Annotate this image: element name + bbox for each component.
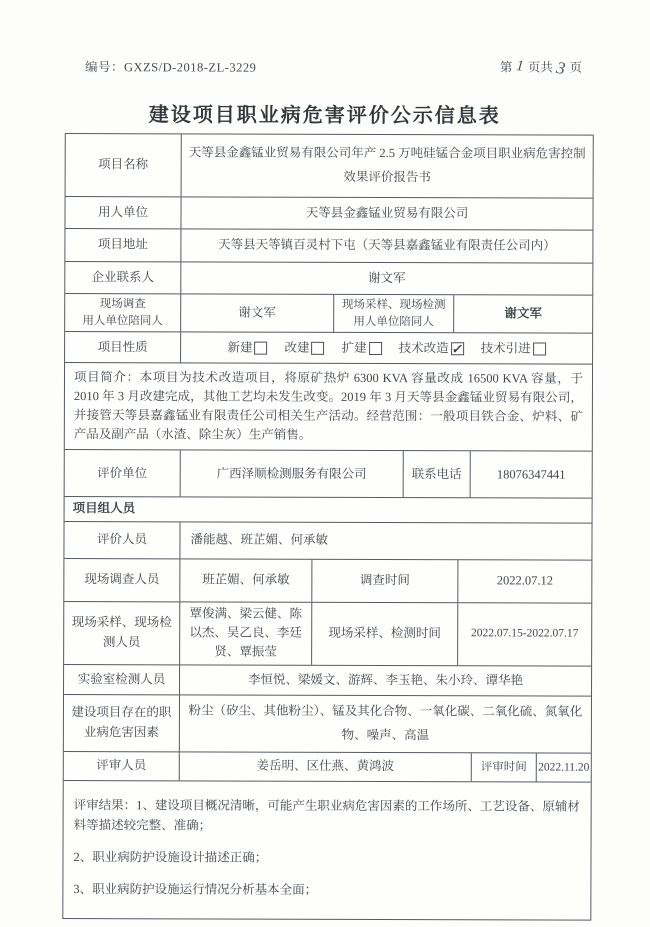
option-label: 改建 xyxy=(285,338,310,357)
table-row-address: 项目地址 天等县天等镇百灵村下屯（天等县嘉鑫锰业有限责任公司内） xyxy=(65,228,592,263)
checkbox-icon xyxy=(255,341,268,354)
info-table: 项目名称 天等县金鑫锰业贸易有限公司年产 2.5 万吨硅锰合金项目职业病危害控制… xyxy=(62,133,593,921)
review-time-label: 评审时间 xyxy=(471,753,536,781)
table-row-escort: 现场调查 用人单位陪同人 谢文军 现场采样、现场检测 用人单位陪同人 谢文军 xyxy=(65,293,592,333)
reviewers-label: 评审人员 xyxy=(64,752,179,780)
phone-label: 联系电话 xyxy=(403,451,470,497)
lab-staff-value: 李恒悦、梁媛文、游辉、李玉艳、朱小玲、谭华艳 xyxy=(179,665,591,695)
project-name-value: 天等县金鑫锰业贸易有限公司年产 2.5 万吨硅锰合金项目职业病危害控制效果评价报… xyxy=(181,134,593,197)
handwritten-total-pages: 3 xyxy=(555,58,567,79)
table-row-employer: 用人单位 天等县金鑫锰业贸易有限公司 xyxy=(65,196,592,230)
table-row-reviewers: 评审人员 姜岳明、区仕燕、黄鸿波 评审时间 2022.11.20 xyxy=(64,751,591,782)
lab-staff-label: 实验室检测人员 xyxy=(64,665,179,694)
project-name-label: 项目名称 xyxy=(66,134,181,196)
survey-time-label: 调查时间 xyxy=(311,560,457,602)
contact-label: 企业联系人 xyxy=(65,262,180,293)
option-label: 技术改造 xyxy=(399,339,449,359)
page-suffix: 页 xyxy=(569,61,582,75)
table-row-evaluators: 评价人员 潘能越、班芷媚、何承敏 xyxy=(64,521,591,560)
survey-staff-label: 现场调查人员 xyxy=(64,559,179,601)
contact-value: 谢文军 xyxy=(180,262,592,294)
sampling-escort-value: 谢文军 xyxy=(453,295,592,333)
survey-staff-value: 班芷媚、何承敏 xyxy=(179,559,311,601)
reviewers-value: 姜岳明、区仕燕、黄鸿波 xyxy=(179,752,471,781)
review-result-text: 评审结果：1、建设项目概况清晰，可能产生职业病危害因素的工作场所、工艺设备、原辅… xyxy=(63,781,590,920)
sampling-staff-label: 现场采样、现场检测人员 xyxy=(64,602,179,664)
table-row-team-header: 项目组人员 xyxy=(65,496,592,522)
project-nature-options: 新建 改建 扩建 技术改造 技术引进 xyxy=(180,333,592,364)
table-row-project-intro: 项目简介：本项目为技术改造项目，将原矿热炉 6300 KVA 容量改成 1650… xyxy=(65,362,592,451)
option-tech-import: 技术引进 xyxy=(481,339,546,359)
address-label: 项目地址 xyxy=(65,229,180,261)
page-prefix: 第 xyxy=(500,60,513,74)
survey-escort-label: 现场调查 用人单位陪同人 xyxy=(65,294,180,332)
eval-org-label: 评价单位 xyxy=(65,450,180,496)
sampling-time-label: 现场采样、检测时间 xyxy=(311,603,457,666)
option-label: 新建 xyxy=(228,338,253,357)
page-title: 建设项目职业病危害评价公示信息表 xyxy=(0,98,650,129)
table-row-review-result: 评审结果：1、建设项目概况清晰，可能产生职业病危害因素的工作场所、工艺设备、原辅… xyxy=(63,780,590,920)
handwritten-current-page: 1 xyxy=(516,58,525,76)
checkbox-icon xyxy=(533,342,546,355)
sampling-escort-label: 现场采样、现场检测 用人单位陪同人 xyxy=(333,295,453,333)
page-middle: 页共 xyxy=(528,60,553,74)
option-rebuild: 改建 xyxy=(285,338,325,358)
hazards-value: 粉尘（矽尘、其他粉尘）、锰及其化合物、一氧化碳、二氧化硫、氮氧化物、噪声、高温 xyxy=(179,695,591,752)
survey-escort-value: 谢文军 xyxy=(180,294,333,332)
eval-org-value: 广西泽顺检测服务有限公司 xyxy=(180,451,403,498)
option-tech-renovation: 技术改造 xyxy=(399,339,464,359)
hazards-label: 建设项目存在的职业病危害因素 xyxy=(64,695,179,751)
table-row-hazards: 建设项目存在的职业病危害因素 粉尘（矽尘、其他粉尘）、锰及其化合物、一氧化碳、二… xyxy=(64,694,591,753)
document-number: 编号：GXZS/D-2018-ZL-3229 xyxy=(85,57,256,76)
table-row-project-name: 项目名称 天等县金鑫锰业贸易有限公司年产 2.5 万吨硅锰合金项目职业病危害控制… xyxy=(66,134,593,198)
table-row-contact: 企业联系人 谢文军 xyxy=(65,261,592,295)
team-section-header: 项目组人员 xyxy=(65,497,592,522)
option-expansion: 扩建 xyxy=(342,339,382,359)
survey-time-value: 2022.07.12 xyxy=(457,560,591,602)
review-result-line-1: 评审结果：1、建设项目概况清晰，可能产生职业病危害因素的工作场所、工艺设备、原辅… xyxy=(74,795,581,837)
scanned-document-page: 编号：GXZS/D-2018-ZL-3229 第1页共3页 建设项目职业病危害评… xyxy=(0,0,650,927)
table-row-project-nature: 项目性质 新建 改建 扩建 技术改造 技术引进 xyxy=(65,331,592,364)
table-row-sampling-staff: 现场采样、现场检测人员 覃俊满、梁云健、陈以杰、吴乙良、李廷贤、覃振莹 现场采样… xyxy=(64,601,591,666)
review-time-value: 2022.11.20 xyxy=(536,753,591,781)
sampling-time-value: 2022.07.15-2022.07.17 xyxy=(457,603,591,666)
employer-label: 用人单位 xyxy=(65,197,180,228)
review-result-line-2: 2、职业病防护设施设计描述正确； xyxy=(73,847,580,869)
option-new-build: 新建 xyxy=(228,338,268,358)
checkbox-icon xyxy=(369,342,382,355)
table-row-lab-staff: 实验室检测人员 李恒悦、梁媛文、游辉、李玉艳、朱小玲、谭华艳 xyxy=(64,664,591,696)
project-intro-text: 项目简介：本项目为技术改造项目，将原矿热炉 6300 KVA 容量改成 1650… xyxy=(65,363,592,451)
sampling-staff-value: 覃俊满、梁云健、陈以杰、吴乙良、李廷贤、覃振莹 xyxy=(179,602,311,665)
review-result-line-3: 3、职业病防护设施运行情况分析基本全面； xyxy=(73,879,580,901)
checkbox-checked-icon xyxy=(451,342,464,355)
option-label: 扩建 xyxy=(342,339,367,358)
table-row-survey-staff: 现场调查人员 班芷媚、何承敏 调查时间 2022.07.12 xyxy=(64,558,591,603)
checkbox-icon xyxy=(312,342,325,355)
address-value: 天等县天等镇百灵村下屯（天等县嘉鑫锰业有限责任公司内） xyxy=(180,229,592,262)
table-row-eval-org: 评价单位 广西泽顺检测服务有限公司 联系电话 18076347441 xyxy=(65,449,592,498)
phone-value: 18076347441 xyxy=(470,452,592,498)
evaluators-value: 潘能越、班芷媚、何承敏 xyxy=(179,522,591,559)
option-label: 技术引进 xyxy=(481,339,531,359)
employer-value: 天等县金鑫锰业贸易有限公司 xyxy=(180,197,592,229)
evaluators-label: 评价人员 xyxy=(64,522,179,558)
page-indicator: 第1页共3页 xyxy=(500,56,582,76)
project-nature-label: 项目性质 xyxy=(65,332,180,362)
